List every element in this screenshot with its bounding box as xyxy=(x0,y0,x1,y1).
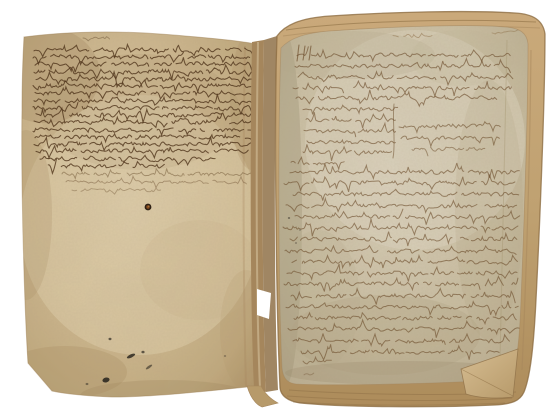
ink-smudge xyxy=(86,383,89,385)
right-page xyxy=(265,20,543,398)
wormhole-highlight xyxy=(148,206,149,207)
ink-smudge xyxy=(109,338,112,340)
ink-smudge xyxy=(141,351,144,354)
ink-smudge xyxy=(288,217,290,219)
ink-smudge xyxy=(224,355,226,357)
right-book-block xyxy=(265,12,545,407)
ink-smudge xyxy=(295,242,297,244)
photo-stage xyxy=(0,0,555,416)
manuscript-figure xyxy=(0,0,555,416)
ink-smudge xyxy=(299,229,301,231)
left-page xyxy=(0,25,274,412)
manuscript-photo xyxy=(0,0,555,416)
gutter-white-notch xyxy=(257,289,271,319)
